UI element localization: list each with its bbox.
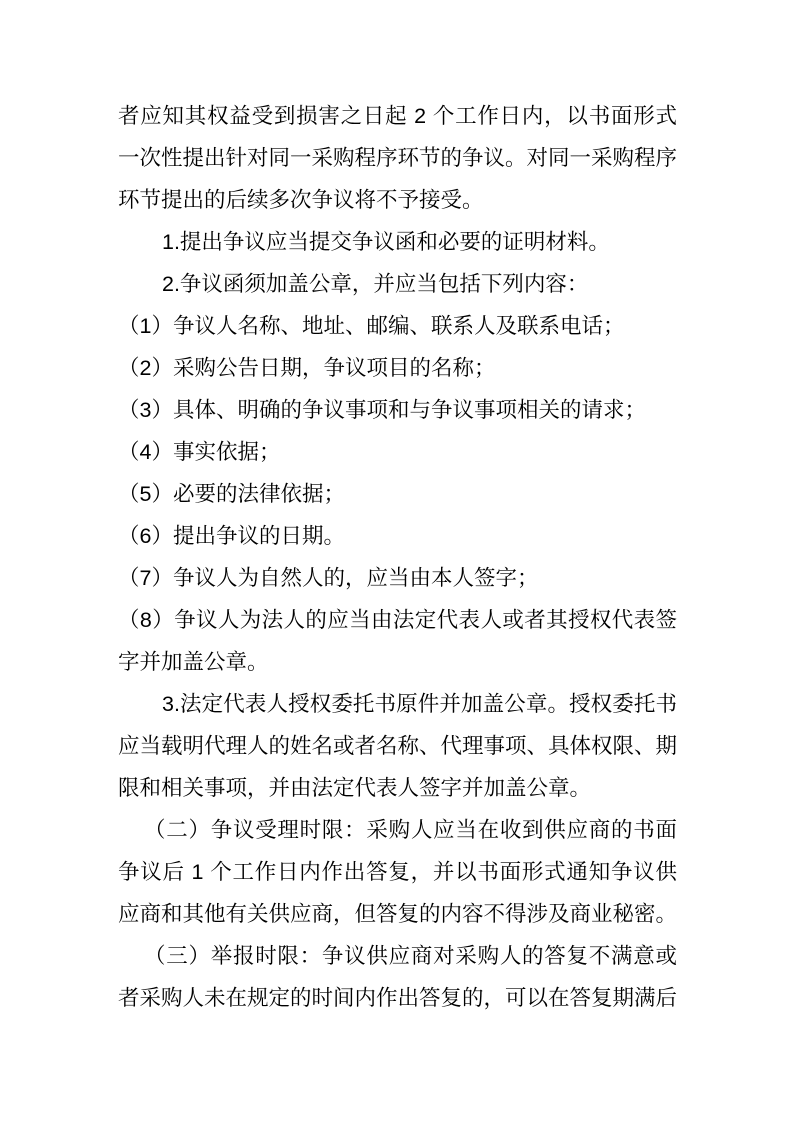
text-line: 字并加盖公章。 bbox=[118, 641, 677, 683]
text-line: 3.法定代表人授权委托书原件并加盖公章。授权委托书 bbox=[162, 683, 677, 725]
document-page: 者应知其权益受到损害之日起 2 个工作日内，以书面形式 一次性提出针对同一采购程… bbox=[0, 0, 794, 1122]
text-line: 2.争议函须加盖公章，并应当包括下列内容： bbox=[162, 263, 677, 305]
text-line: 应商和其他有关供应商，但答复的内容不得涉及商业秘密。 bbox=[118, 893, 677, 935]
text-line: （二）争议受理时限：采购人应当在收到供应商的书面 bbox=[144, 809, 677, 851]
text-line: （2）采购公告日期，争议项目的名称； bbox=[118, 347, 677, 389]
text-line: （1）争议人名称、地址、邮编、联系人及联系电话； bbox=[118, 305, 677, 347]
text-line: 一次性提出针对同一采购程序环节的争议。对同一采购程序 bbox=[118, 137, 677, 179]
text-line: （6）提出争议的日期。 bbox=[118, 515, 677, 557]
text-line: 者应知其权益受到损害之日起 2 个工作日内，以书面形式 bbox=[118, 95, 677, 137]
text-line: 争议后 1 个工作日内作出答复，并以书面形式通知争议供 bbox=[118, 851, 677, 893]
text-line: （3）具体、明确的争议事项和与争议事项相关的请求； bbox=[118, 389, 677, 431]
text-line: （8）争议人为法人的应当由法定代表人或者其授权代表签 bbox=[118, 599, 677, 641]
text-line: 1.提出争议应当提交争议函和必要的证明材料。 bbox=[162, 221, 677, 263]
text-line: 者采购人未在规定的时间内作出答复的，可以在答复期满后 bbox=[118, 977, 677, 1019]
text-line: 环节提出的后续多次争议将不予接受。 bbox=[118, 179, 677, 221]
text-line: （三）举报时限：争议供应商对采购人的答复不满意或 bbox=[144, 935, 677, 977]
text-line: （7）争议人为自然人的，应当由本人签字； bbox=[118, 557, 677, 599]
text-line: （4）事实依据； bbox=[118, 431, 677, 473]
document-text: 者应知其权益受到损害之日起 2 个工作日内，以书面形式 一次性提出针对同一采购程… bbox=[118, 95, 677, 1019]
text-line: 应当载明代理人的姓名或者名称、代理事项、具体权限、期 bbox=[118, 725, 677, 767]
text-line: 限和相关事项，并由法定代表人签字并加盖公章。 bbox=[118, 767, 677, 809]
text-line: （5）必要的法律依据； bbox=[118, 473, 677, 515]
